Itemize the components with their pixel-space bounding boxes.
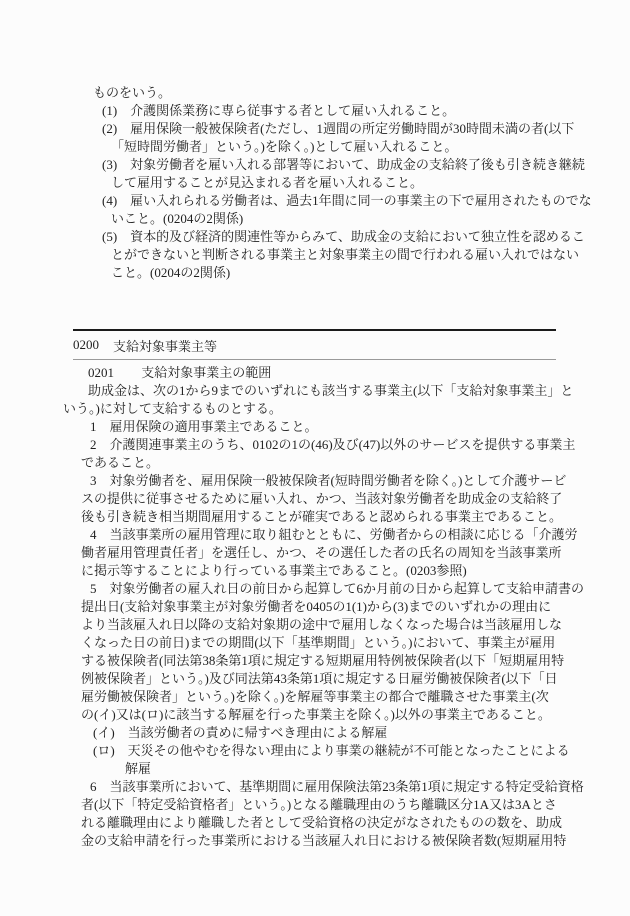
text-line: する被保険者(同法第38条第1項に規定する短期雇用特例被保険者(以下「短期雇用特	[63, 652, 570, 670]
text-line: (2) 雇用保険一般被保険者(ただし、1週間の所定労働時間が30時間未満の者(以…	[63, 120, 570, 138]
intro-clauses-block: ものをいう。(1) 介護関係業務に専ら従事する者として雇い入れること。(2) 雇…	[63, 84, 570, 282]
text-line: の(イ)又は(ロ)に該当する解雇を行った事業主を除く。)以外の事業主であること。	[63, 706, 570, 724]
text-line: (3) 対象労働者を雇い入れる部署等において、助成金の支給終了後も引き続き継続	[63, 156, 570, 174]
text-line: 5 対象労働者の雇入れ日の前日から起算して6か月前の日から起算して支給申請書の	[63, 580, 570, 598]
text-line: 3 対象労働者を、雇用保険一般被保険者(短時間労働者を除く。)として介護サービ	[63, 472, 570, 490]
section-number: 0200	[73, 337, 99, 353]
subsection-number: 0201	[88, 365, 114, 380]
text-line: 提出日(支給対象事業主が対象労働者を0405の1(1)から(3)までのいずれかの…	[63, 598, 570, 616]
subsection-body-block: 助成金は、次の1から9までのいずれにも該当する事業主(以下「支給対象事業主」とい…	[63, 382, 570, 850]
subsection-title: 支給対象事業主の範囲	[141, 365, 271, 380]
text-line: 働者雇用管理責任者」を選任し、かつ、その選任した者の氏名の周知を当該事業所	[63, 544, 570, 562]
text-line: (4) 雇い入れられる労働者は、過去1年間に同一の事業主の下で雇用されたものでな	[63, 192, 570, 210]
text-line: に掲示等することにより行っている事業主であること。(0203参照)	[63, 562, 570, 580]
section-header-0200: 0200 支給対象事業主等	[73, 329, 556, 360]
text-line: こと。(0204の2関係)	[63, 264, 570, 282]
text-line: スの提供に従事させるために雇い入れ、かつ、当該対象労働者を助成金の支給終了	[63, 490, 570, 508]
text-line: 「短時間労働者」という。)を除く。)として雇い入れること。	[63, 138, 570, 156]
text-line: 1 雇用保険の適用事業主であること。	[63, 418, 570, 436]
text-line: 4 当該事業所の雇用管理に取り組むとともに、労働者からの相談に応じる「介護労	[63, 526, 570, 544]
document-content: ものをいう。(1) 介護関係業務に専ら従事する者として雇い入れること。(2) 雇…	[63, 0, 570, 850]
text-line: 金の支給申請を行った事業所における当該雇入れ日における被保険者数(短期雇用特	[63, 832, 570, 850]
text-line: して雇用することが見込まれる者を雇い入れること。	[63, 174, 570, 192]
text-line: 雇労働被保険者」という。)を除く。)を解雇等事業主の都合で離職させた事業主(次	[63, 688, 570, 706]
text-line: とができないと判断される事業主と対象事業主の間で行われる雇い入れではない	[63, 246, 570, 264]
text-line: れる離職理由により離職した者として受給資格の決定がなされたものの数を、助成	[63, 814, 570, 832]
text-line: (ロ) 天災その他やむを得ない理由により事業の継続が不可能となったことによる	[63, 742, 570, 760]
text-line: 解雇	[63, 760, 570, 778]
text-line: より当該雇入れ日以降の支給対象期の途中で雇用しなくなった場合は当該雇用しな	[63, 616, 570, 634]
section-title: 支給対象事業主等	[113, 336, 217, 355]
text-line: 2 介護関連事業主のうち、0102の1の(46)及び(47)以外のサービスを提供…	[63, 436, 570, 454]
text-line: 6 当該事業所において、基準期間に雇用保険法第23条第1項に規定する特定受給資格	[63, 778, 570, 796]
text-line: (1) 介護関係業務に専ら従事する者として雇い入れること。	[63, 102, 570, 120]
text-line: いこと。(0204の2関係)	[63, 210, 570, 228]
text-line: (イ) 当該労働者の責めに帰すべき理由による解雇	[63, 724, 570, 742]
text-line: 例被保険者」という。)及び同法第43条第1項に規定する日雇労働被保険者(以下「日	[63, 670, 570, 688]
text-line: 助成金は、次の1から9までのいずれにも該当する事業主(以下「支給対象事業主」と	[63, 382, 570, 400]
text-line: (5) 資本的及び経済的関連性等からみて、助成金の支給において独立性を認めるこ	[63, 228, 570, 246]
subsection-heading-0201: 0201 支給対象事業主の範囲	[63, 364, 570, 382]
text-line: 後も引き続き相当期間雇用することが確実であると認められる事業主であること。	[63, 508, 570, 526]
text-line: 者(以下「特定受給資格者」という。)となる離職理由のうち離職区分1A又は3Aとさ	[63, 796, 570, 814]
text-line: いう。)に対して支給するものとする。	[63, 400, 570, 418]
text-line: であること。	[63, 454, 570, 472]
document-page: ものをいう。(1) 介護関係業務に専ら従事する者として雇い入れること。(2) 雇…	[0, 0, 630, 916]
text-line: くなった日の前日)までの期間(以下「基準期間」という。)において、事業主が雇用	[63, 634, 570, 652]
text-line: ものをいう。	[63, 84, 570, 102]
